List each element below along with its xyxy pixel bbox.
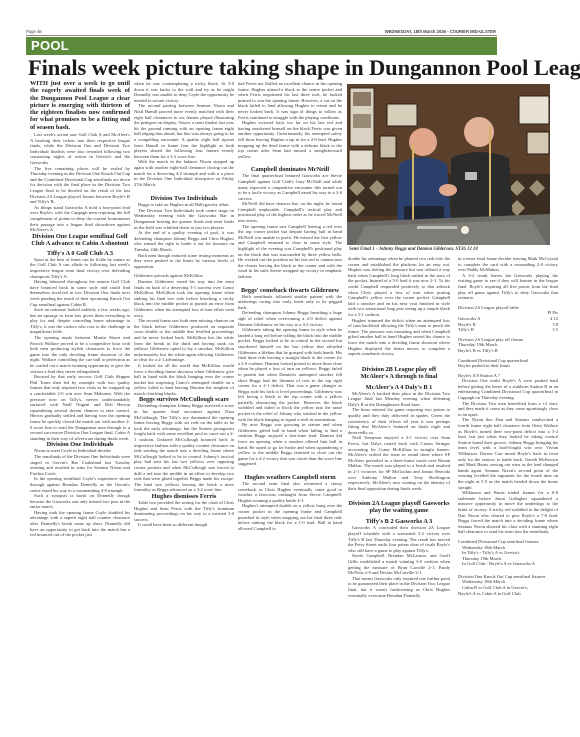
article-headline: Finals week picture taking shape in Dung… <box>28 55 508 81</box>
paragraph: The second semi final also witnessed a c… <box>238 481 342 503</box>
paragraph: The final quarterfinal featured Gasworks… <box>238 173 342 201</box>
paragraph: McNeill did have chances but, on the nig… <box>238 201 342 223</box>
paragraph: A 3-2 result leaves the Gasworks playing… <box>458 273 558 301</box>
standfirst: WITH just over a week to go until the ea… <box>30 80 130 131</box>
paragraph: The Nixon duo Dan and Seamus sandwiched … <box>458 417 558 490</box>
paragraph: Both semifinals followed similar pattern… <box>238 294 342 311</box>
paragraph: The opening tussle between Martin Shorrt… <box>30 335 130 374</box>
subheading: Division Two Individuals <box>134 195 234 202</box>
paragraph: Last week's action saw Golf Club A and M… <box>30 132 130 166</box>
paragraph: It could have been so different though <box>134 522 234 528</box>
column-1: WITH just over a week to go until the ea… <box>30 80 130 538</box>
fixture-match: Boyle's B vs Tiffy's B <box>458 348 558 354</box>
subheading: Division 2B League play off McAleer's A … <box>348 366 450 380</box>
paragraph: Hughes's attempted double on a yellow hu… <box>238 503 342 531</box>
section-label: POOL <box>31 38 69 53</box>
subheading-score: Tiffy's B 2 Gasworks A 3 <box>348 518 450 525</box>
paragraph: Boosted by that early success Golf Club … <box>30 374 130 441</box>
paragraph: Sport at the best of times can be fickle… <box>30 257 130 279</box>
paragraph: At the end of a quality evening of pool,… <box>134 230 234 252</box>
cup-subtitle: Boyles pushed to their limits <box>458 363 558 369</box>
subheading: Beggs survives McCullough scare <box>134 396 234 403</box>
column-5: in a tense final frame decider leaving M… <box>458 256 558 596</box>
subheading: Hughes weathers Campbell storm <box>238 474 342 481</box>
subheading: Campbell dominates McNeill <box>238 166 342 173</box>
table-row: Tiffy's B 3 5 <box>458 327 558 333</box>
table-team: Tiffy's B <box>458 327 552 333</box>
paragraph: The Division Two men benefitted from a +… <box>458 401 558 418</box>
paragraph: Stevie Campbell, Brendan McLarnon, and G… <box>348 553 450 575</box>
subheading-score: Tiffy's A 0 Golf Club A 3 <box>30 250 130 257</box>
paragraph: The opening frame saw Campbell leaving a… <box>238 224 342 280</box>
paragraph: That meant Gasworks only required one fu… <box>348 576 450 598</box>
photo-caption: Semi Final 1 - Johnny Beggs and Damien G… <box>349 247 559 252</box>
paragraph: The semifinals of the Division One Indiv… <box>30 454 130 476</box>
paragraph: Such an outcome looked unlikely a few we… <box>30 307 130 335</box>
paragraph: The hosts entered the game requiring two… <box>348 407 450 435</box>
column-4: double his advantage when he planted two… <box>348 256 450 598</box>
paragraph: in a tense final frame decider leaving M… <box>458 256 558 273</box>
fixture-line: In Golf Club - Boyle's A vs Gasworks A <box>458 561 558 567</box>
subheading-score: McAleer's A 4 Daly's B 1 <box>348 384 450 391</box>
paragraph: Table two provided the setting for the c… <box>134 500 234 522</box>
paragraph: Having took the opening frame Coyle doub… <box>30 510 130 538</box>
paragraph: Damien Gildernew eased his way into the … <box>134 279 234 318</box>
paragraph: Such a synopsis is harsh on Donnelly tho… <box>30 493 130 510</box>
paragraph: Division One outfit Boyle's A were pushe… <box>458 378 558 400</box>
paragraph: Hughes trimmed the deficit when an attem… <box>348 318 450 357</box>
paragraph: With the match in the balance Nixon step… <box>134 159 234 187</box>
paragraph: Both men though endured some testing mom… <box>134 253 234 270</box>
subheading: Hughes dismisses Ferris <box>134 493 234 500</box>
paragraph: As things stand Gasworks A hold a four-p… <box>30 205 130 233</box>
paragraph: The five remaining places will be sealed… <box>30 166 130 205</box>
paragraph: Gildernew taking the opening frame in st… <box>238 327 342 422</box>
paragraph: The Division Two Individuals took centre… <box>134 208 234 230</box>
paragraph: double his advantage when he planted two… <box>348 256 450 318</box>
column-3: had Ferris not fluffed an excellent chan… <box>238 81 342 531</box>
paragraph: when he was contemplating a tricky black… <box>134 81 234 103</box>
paragraph: The second frame saw both men missing ch… <box>134 318 234 363</box>
paragraph: had Ferris not fluffed an excellent chan… <box>238 81 342 120</box>
paragraph: Hughes screwed back too far on his last … <box>238 120 342 159</box>
section-banner: POOL <box>26 37 497 55</box>
fixture-line: Boyle's A vs Cabin A in Golf Club <box>458 591 558 597</box>
paragraph: Having laboured throughout the season Go… <box>30 279 130 307</box>
column-2: when he was contemplating a tricky black… <box>134 81 234 528</box>
subheading: Beggs' comeback thwarts Gildernew <box>238 287 342 294</box>
paragraph: It looked for all the world that McKilli… <box>134 363 234 397</box>
subheading: Division One Individuals <box>30 441 130 448</box>
paragraph: By now Beggs was growing in stature and … <box>238 422 342 467</box>
paragraph: McAleer's A booked their place in the Di… <box>348 391 450 408</box>
paragraph: In the opening semifinal Coyle's experie… <box>30 476 130 493</box>
table-stats: 3 5 <box>552 327 558 333</box>
header-rule <box>26 35 497 36</box>
paragraph: Defending champion Johnny Beggs breathin… <box>238 310 342 327</box>
subheading: Division One League semifinal Golf Club … <box>30 233 130 247</box>
paragraph: Gasworks A concluded their division 2A L… <box>348 525 450 553</box>
article-photo <box>347 84 550 245</box>
subheading: Division 2A League playoff Gasworks play… <box>348 500 450 514</box>
photo-image <box>347 84 550 245</box>
paragraph: Defending champion Johnny Beggs survived… <box>134 403 234 493</box>
paragraph: Wilkinson and Burns traded frames for a … <box>458 490 558 535</box>
paragraph: Niall Tennyson enjoyed a 2-1 victory ove… <box>348 435 450 491</box>
paragraph: The second pairing between Seamus Nixon … <box>134 103 234 159</box>
